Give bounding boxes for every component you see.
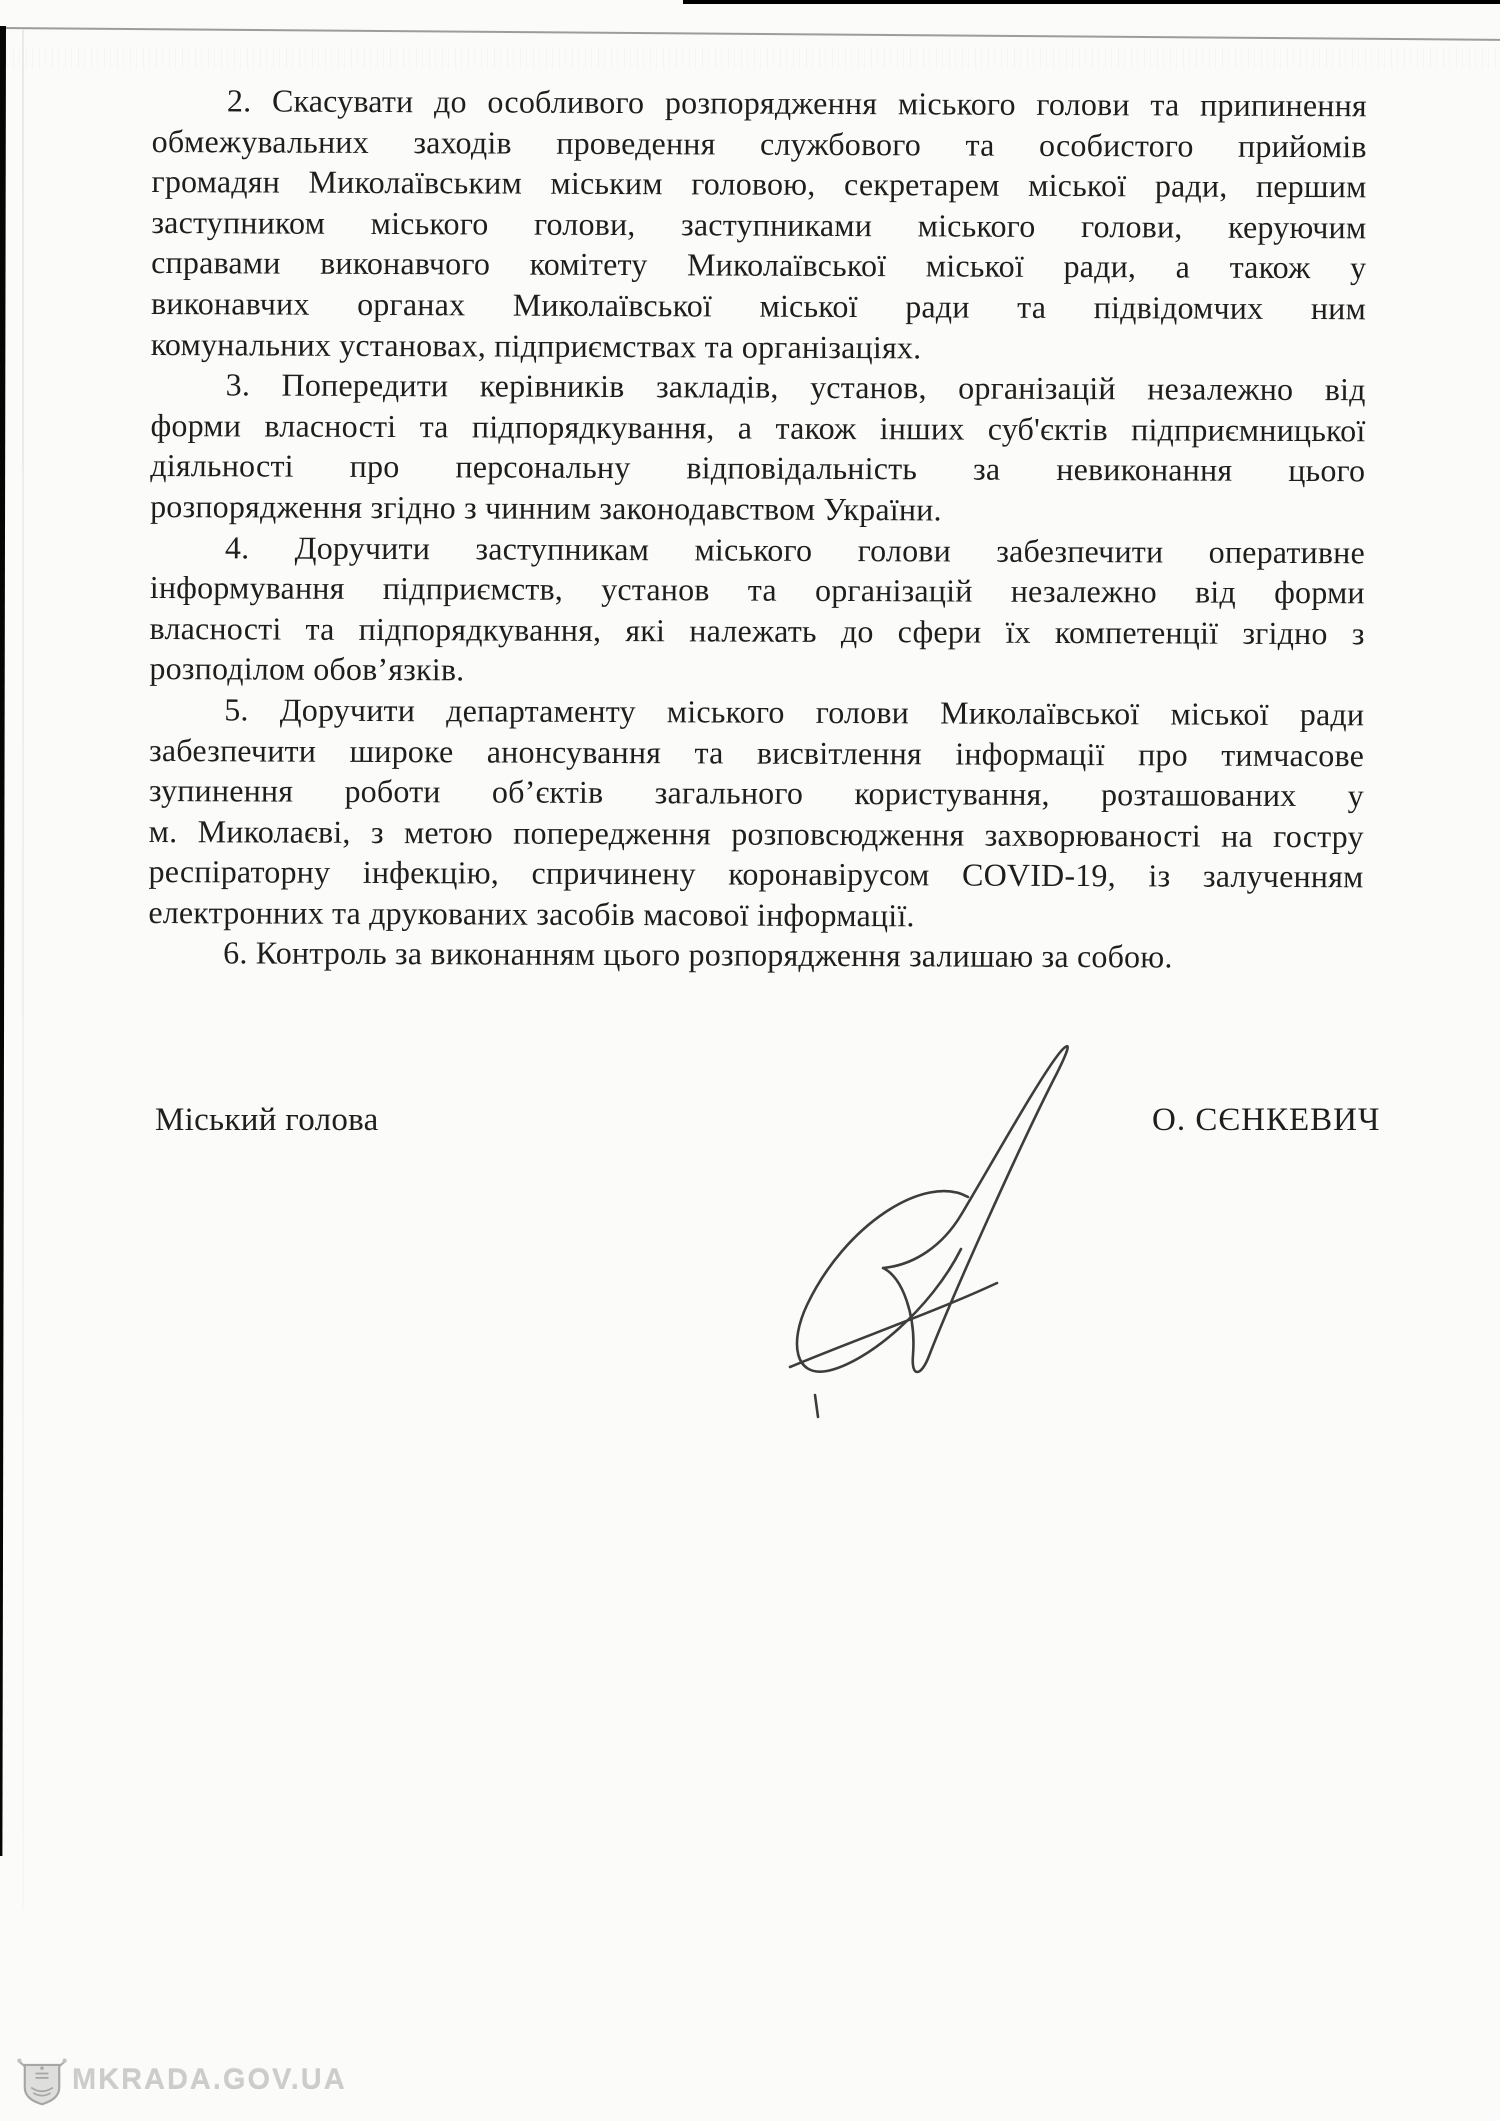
document-line: справами виконавчого комітету Миколаївсь… — [151, 242, 1366, 288]
paragraph: 2. Скасувати до особливого розпорядження… — [151, 80, 1367, 369]
site-watermark: MKRADA.GOV.UA — [14, 2052, 347, 2108]
paragraph: 6. Контроль за виконанням цього розпоряд… — [148, 932, 1363, 978]
document-line: 6. Контроль за виконанням цього розпоряд… — [148, 932, 1363, 978]
document-line: форми власності та підпорядкування, а та… — [150, 405, 1365, 451]
document-line: інформування підприємств, установ та орг… — [150, 567, 1365, 613]
document-line: розпорядження згідно з чинним законодавс… — [150, 486, 1365, 532]
document-line: діяльності про персональну відповідальні… — [150, 445, 1365, 491]
document-line: електронних та друкованих засобів масово… — [148, 892, 1363, 938]
document-line: громадян Миколаївським міським головою, … — [151, 161, 1366, 207]
document-body: 2. Скасувати до особливого розпорядження… — [148, 80, 1367, 978]
paragraph: 3. Попередити керівників закладів, устан… — [150, 364, 1366, 532]
scan-edge-strip-top — [683, 0, 1500, 4]
signature-loop-stroke — [883, 1046, 1068, 1372]
watermark-site-text: MKRADA.GOV.UA — [72, 2064, 347, 2097]
scanned-document-page: 2. Скасувати до особливого розпорядження… — [0, 0, 1500, 2121]
signature-cross-stroke — [790, 1283, 997, 1367]
document-line: респіраторну інфекцію, спричинену корона… — [148, 851, 1363, 897]
document-line: м. Миколаєві, з метою попередження розпо… — [149, 811, 1364, 857]
handwritten-signature — [765, 1025, 1085, 1425]
document-line: 4. Доручити заступникам міського голови … — [150, 527, 1365, 573]
document-line: 3. Попередити керівників закладів, устан… — [151, 364, 1366, 410]
document-line: 5. Доручити департаменту міського голови… — [149, 689, 1364, 735]
scan-paper-edge-line — [0, 27, 1500, 41]
document-line: заступником міського голови, заступникам… — [151, 202, 1366, 248]
city-coat-of-arms-icon — [14, 2052, 70, 2108]
document-line: 2. Скасувати до особливого розпорядження… — [152, 80, 1367, 126]
document-line: виконавчих органах Миколаївської міської… — [151, 283, 1366, 329]
paragraph: 4. Доручити заступникам міського голови … — [149, 527, 1365, 695]
paragraph: 5. Доручити департаменту міського голови… — [148, 689, 1364, 938]
signatory-name: О. СЄНКЕВИЧ — [1152, 1102, 1380, 1139]
document-line: зупинення роботи об’єктів загального кор… — [149, 770, 1364, 816]
document-line: обмежувальних заходів проведення службов… — [152, 121, 1367, 167]
scan-edge-strip-left — [0, 26, 6, 1856]
signatory-title: Міський голова — [155, 1102, 379, 1139]
signature-tick-stroke — [815, 1395, 818, 1417]
signature-oval-stroke — [797, 1191, 968, 1372]
paper-crease-line — [22, 30, 24, 1910]
document-line: власності та підпорядкування, які належа… — [150, 608, 1365, 654]
document-line: забезпечити широке анонсування та висвіт… — [149, 729, 1364, 775]
document-line: розподілом обов’язків. — [149, 648, 1364, 694]
document-line: комунальних установах, підприємствах та … — [151, 324, 1366, 370]
scan-noise-band — [0, 48, 1500, 68]
